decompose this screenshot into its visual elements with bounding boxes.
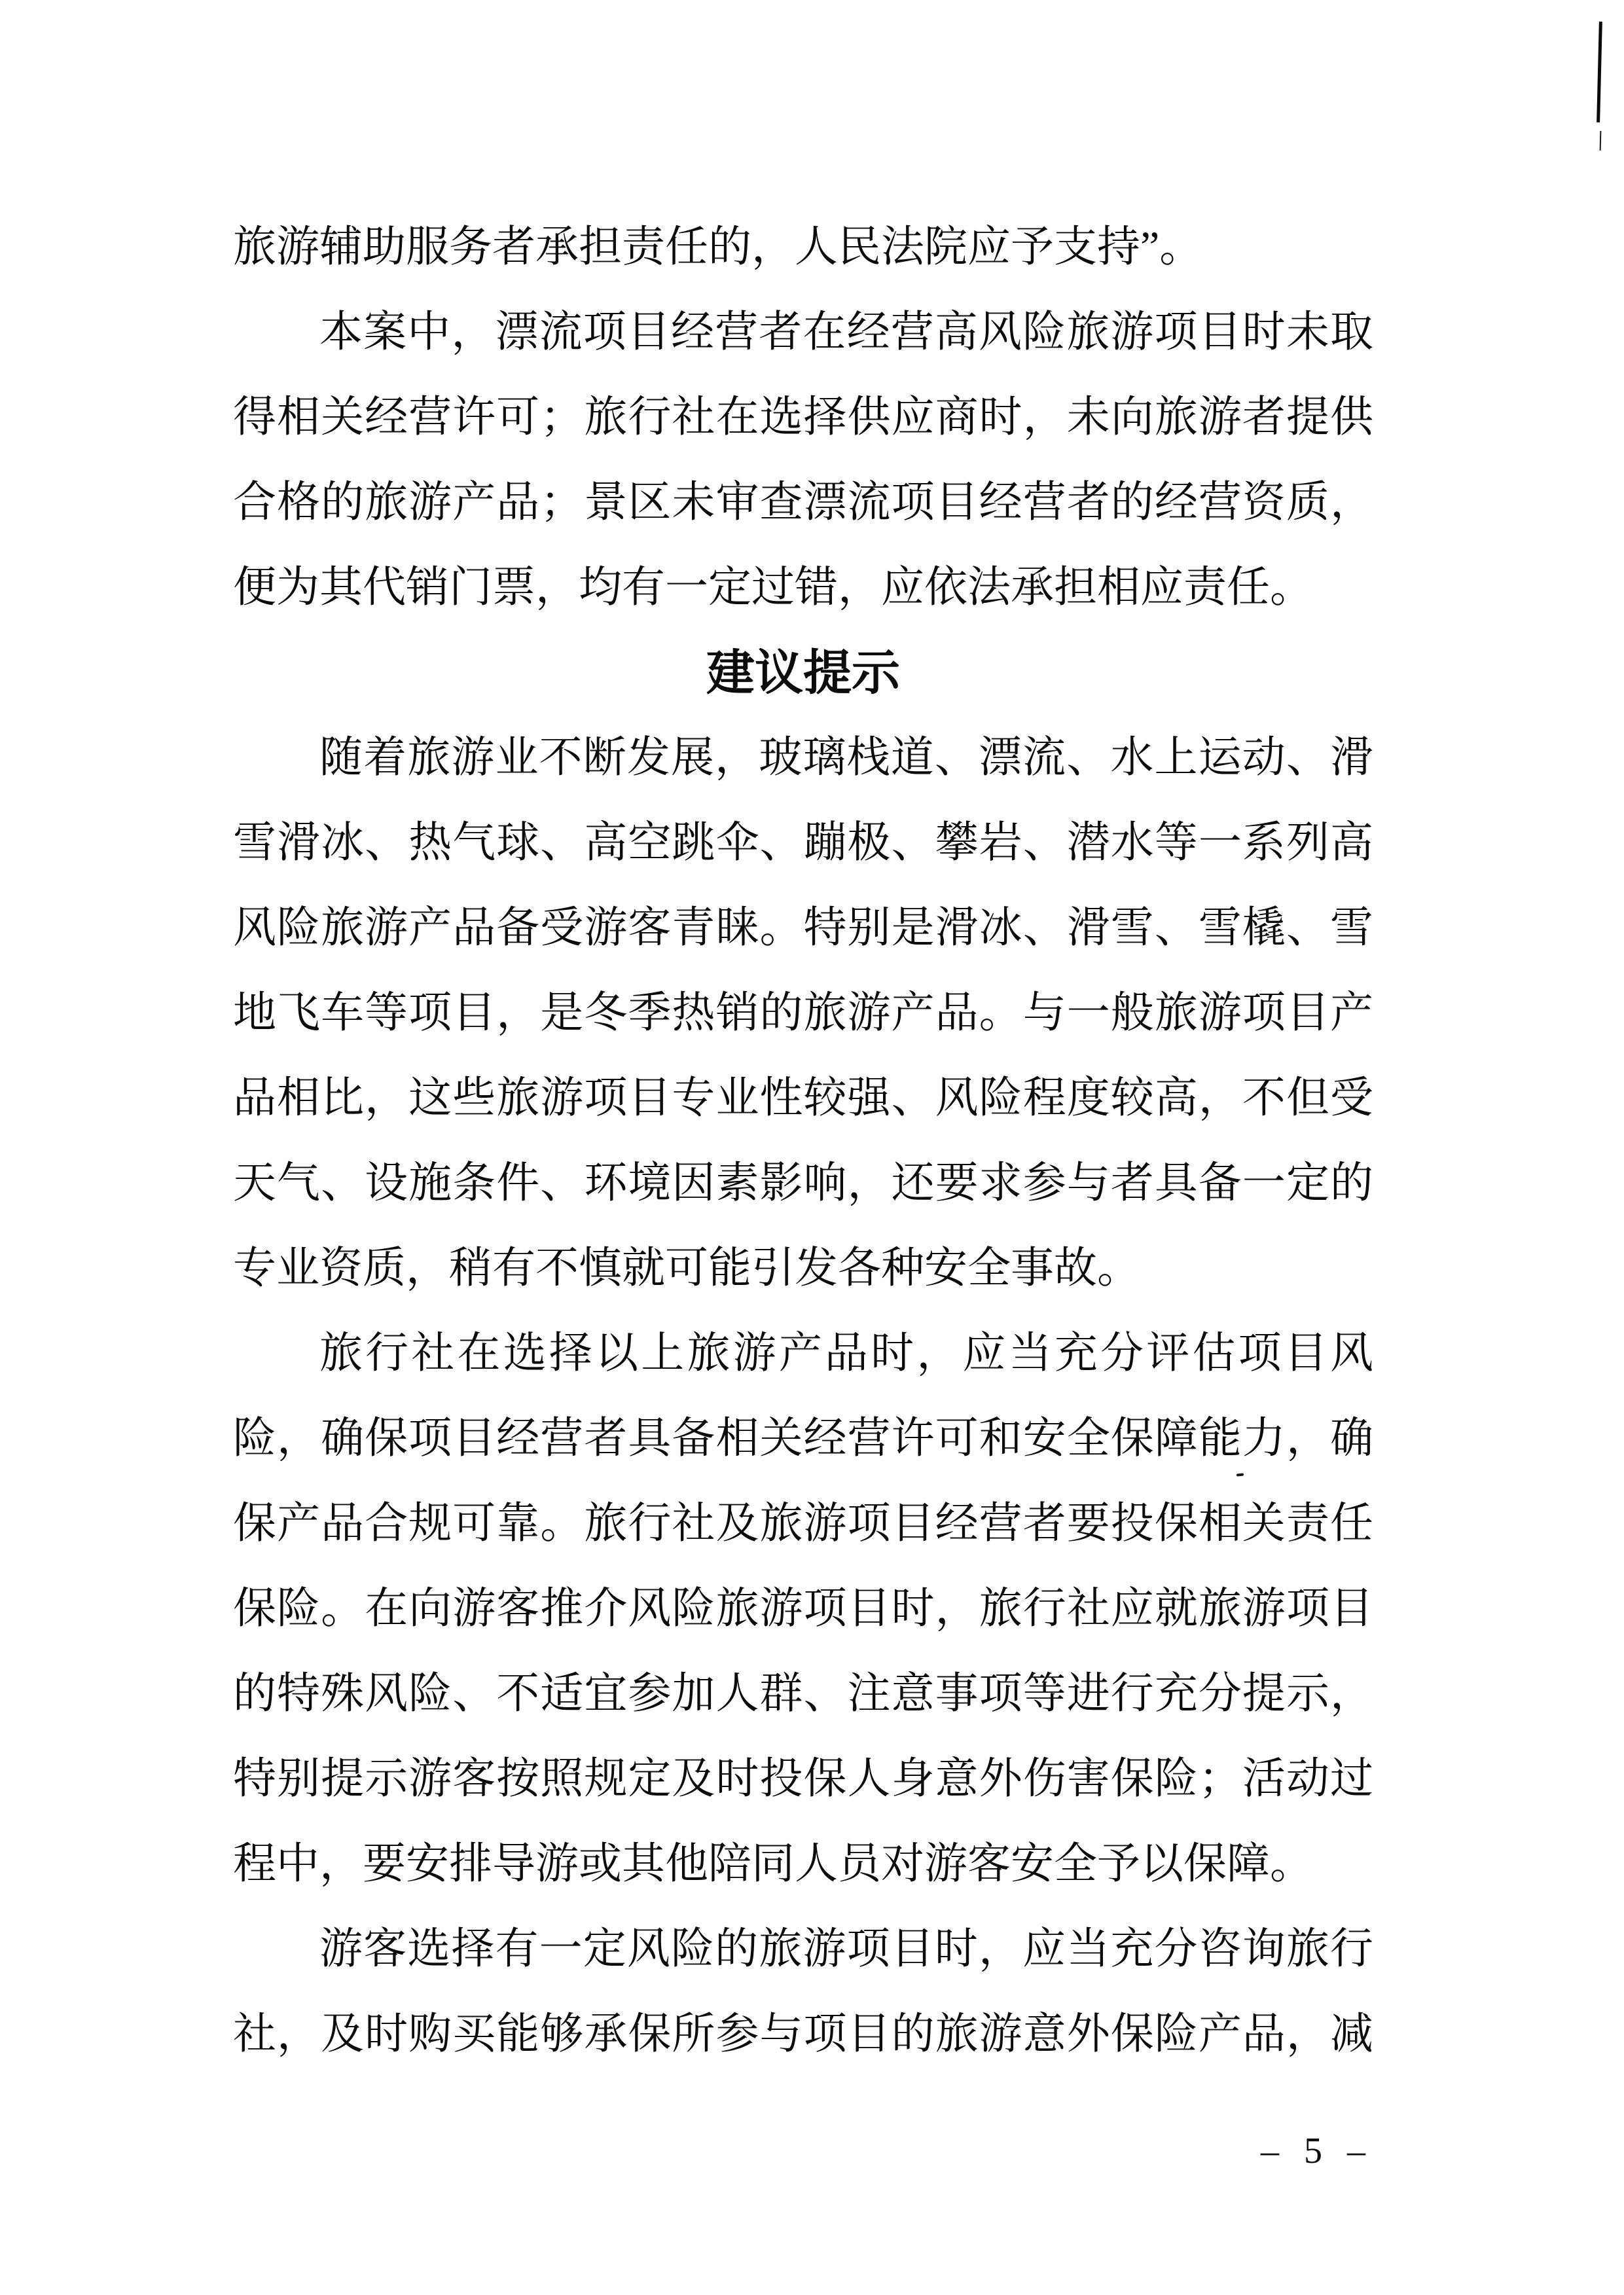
text-line: 游客选择有一定风险的旅游项目时，应当充分咨询旅行 (233, 1907, 1373, 1992)
text-line: 险，确保项目经营者具备相关经营许可和安全保障能力，确 (233, 1396, 1373, 1481)
text-line: 便为其代销门票，均有一定过错，应依法承担相应责任。 (233, 545, 1373, 630)
text-line: 旅游辅助服务者承担责任的，人民法院应予支持”。 (233, 205, 1373, 290)
text-line: 程中，要安排导游或其他陪同人员对游客安全予以保障。 (233, 1822, 1373, 1907)
section-heading: 建议提示 (233, 630, 1373, 715)
text-line: 社，及时购买能够承保所参与项目的旅游意外保险产品，减 (233, 1992, 1373, 2077)
scan-artifact-vertical-line-top (1597, 22, 1602, 122)
text-line: 风险旅游产品备受游客青睐。特别是滑冰、滑雪、雪橇、雪 (233, 886, 1373, 971)
text-line: 随着旅游业不断发展，玻璃栈道、漂流、水上运动、滑 (233, 715, 1373, 801)
text-line: 旅行社在选择以上旅游产品时，应当充分评估项目风 (233, 1311, 1373, 1396)
text-line: 雪滑冰、热气球、高空跳伞、蹦极、攀岩、潜水等一系列高 (233, 801, 1373, 886)
text-line: 保产品合规可靠。旅行社及旅游项目经营者要投保相关责任 (233, 1481, 1373, 1566)
text-line: 的特殊风险、不适宜参加人群、注意事项等进行充分提示， (233, 1652, 1373, 1737)
text-line: 专业资质，稍有不慎就可能引发各种安全事故。 (233, 1226, 1373, 1311)
text-line: 本案中，漂流项目经营者在经营高风险旅游项目时未取 (233, 290, 1373, 375)
page-number: – 5 – (1261, 2125, 1373, 2177)
text-line: 保险。在向游客推介风险旅游项目时，旅行社应就旅游项目 (233, 1566, 1373, 1652)
text-line: 天气、设施条件、环境因素影响，还要求参与者具备一定的 (233, 1141, 1373, 1226)
text-line: 地飞车等项目，是冬季热销的旅游产品。与一般旅游项目产 (233, 971, 1373, 1056)
text-line: 合格的旅游产品；景区未审查漂流项目经营者的经营资质， (233, 460, 1373, 545)
text-line: 品相比，这些旅游项目专业性较强、风险程度较高，不但受 (233, 1056, 1373, 1141)
document-page: 旅游辅助服务者承担责任的，人民法院应予支持”。本案中，漂流项目经营者在经营高风险… (0, 0, 1624, 2295)
text-line: 得相关经营许可；旅行社在选择供应商时，未向旅游者提供 (233, 375, 1373, 460)
scan-artifact-vertical-line-bottom (1600, 131, 1602, 151)
text-line: 特别提示游客按照规定及时投保人身意外伤害保险；活动过 (233, 1737, 1373, 1822)
document-body: 旅游辅助服务者承担责任的，人民法院应予支持”。本案中，漂流项目经营者在经营高风险… (233, 205, 1373, 2077)
